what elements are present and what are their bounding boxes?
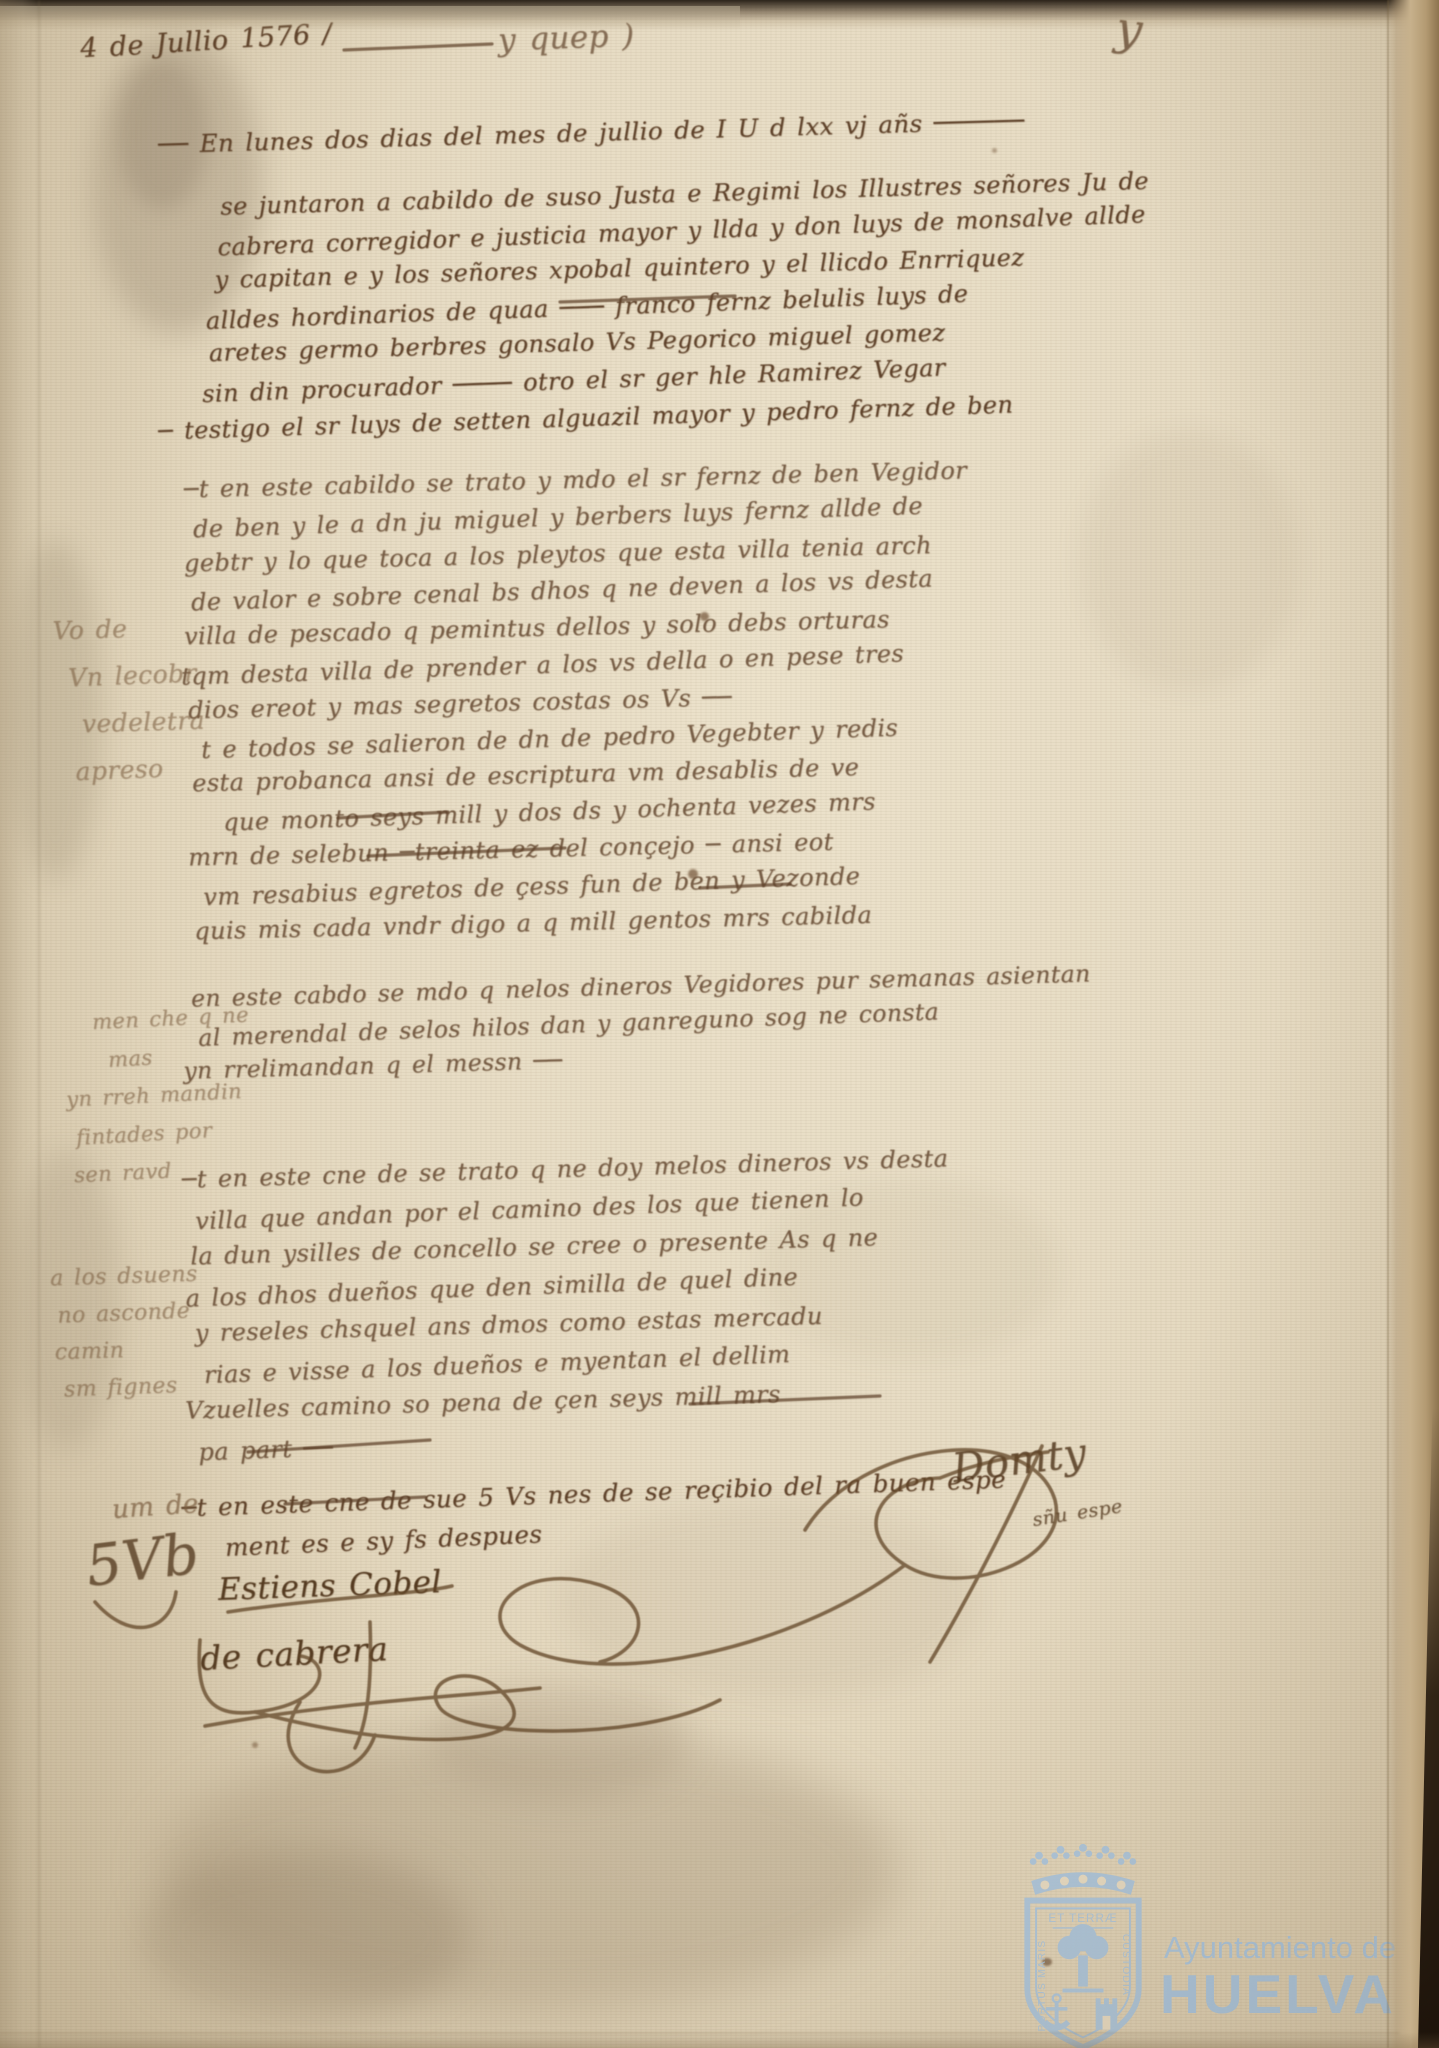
page-edge-bottom [0, 2032, 1439, 2048]
scan-vignette [0, 0, 1439, 2048]
page-edge-bottom-line [0, 2032, 1399, 2034]
page-crease [38, 0, 40, 2048]
page-edge-left [0, 0, 38, 2048]
manuscript-scan-page: 4 de Jullio 1576 / y quep ) y ── En lune… [0, 0, 1439, 2048]
page-edge-top-light [0, 6, 740, 32]
